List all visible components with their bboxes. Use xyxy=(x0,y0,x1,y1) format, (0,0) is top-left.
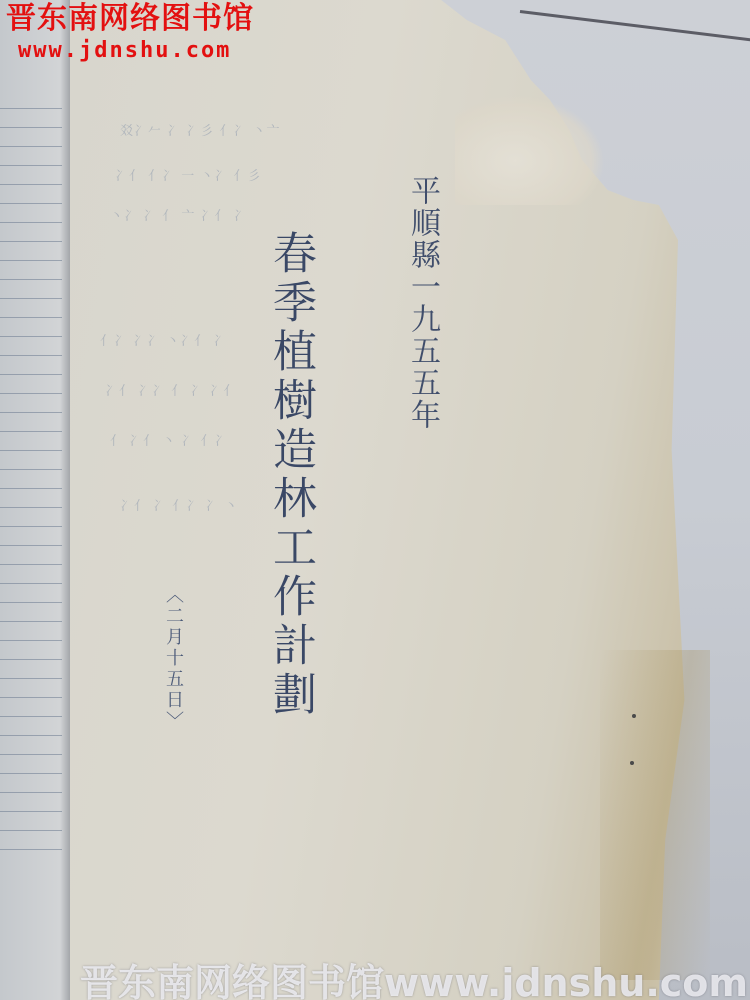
document-date: 〈二月十五日〉 xyxy=(160,585,186,732)
bleed-through-text: 丶冫 冫 亻 亠 冫亻 冫 xyxy=(110,205,248,224)
torn-corner xyxy=(455,95,605,205)
bleed-through-text: 亻 冫亻 丶 冫 亻冫 xyxy=(110,430,229,449)
bleed-through-text: 冫亻 冫 亻冫 冫 丶 xyxy=(120,495,239,514)
watermark-bottom: 晋东南网络图书馆www.jdnshu.com xyxy=(80,952,748,1000)
binding-hole xyxy=(630,761,634,765)
bleed-through-text: 冫亻 亻冫 一 丶冫 亻彡 xyxy=(115,165,262,184)
document-title: 春季植樹造林工作計劃 xyxy=(258,230,322,720)
watermark-url: www.jdnshu.com xyxy=(18,40,254,62)
bleed-through-text: 㸚冫𠂉 冫 冫彡 亻冫 丶亠 xyxy=(120,120,281,139)
watermark-site-name: 晋东南网络图书馆 xyxy=(6,4,254,34)
bleed-through-text: 冫亻 冫冫 亻 冫 冫亻 xyxy=(105,380,238,399)
ledger-lines xyxy=(0,90,62,970)
county-year-heading: 平順縣一九五五年 xyxy=(400,175,444,431)
bleed-through-text: 亻冫 冫冫 丶冫亻 冫 xyxy=(100,330,227,349)
age-stain xyxy=(600,650,710,980)
binding-hole xyxy=(632,714,636,718)
underlying-ledger-sheet xyxy=(0,0,75,1000)
watermark-top: 晋东南网络图书馆 www.jdnshu.com xyxy=(6,4,254,62)
